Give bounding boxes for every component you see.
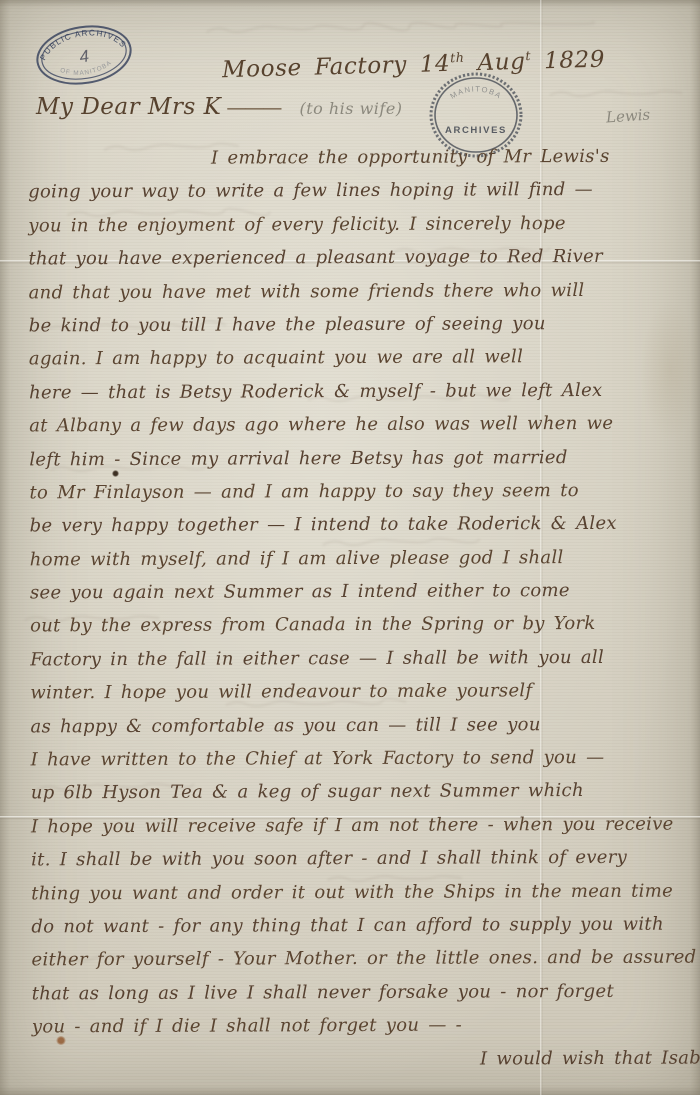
letter-line: that you have experienced a pleasant voy… (28, 240, 678, 276)
salutation: My Dear Mrs K (36, 94, 221, 120)
letter-line: up 6lb Hyson Tea & a keg of sugar next S… (31, 774, 681, 810)
letter-line: home with myself, and if I am alive plea… (30, 540, 680, 576)
letter-line: at Albany a few days ago where he also w… (29, 407, 679, 443)
pencil-note-lewis: Lewis (605, 105, 650, 126)
stamp-number: 4 (78, 46, 90, 66)
svg-text:MANITOBA: MANITOBA (448, 84, 503, 100)
letter-line: thing you want and order it out with the… (31, 874, 681, 910)
letter-line: be kind to you till I have the pleasure … (29, 307, 679, 343)
dateline-month: Aug (477, 49, 526, 76)
dateline-day: 14 (419, 51, 450, 78)
letter-line: out by the express from Canada in the Sp… (30, 607, 680, 643)
letter-line: do not want - for any thing that I can a… (31, 908, 681, 944)
letter-line: it. I shall be with you soon after - and… (31, 841, 681, 877)
letter-line: you in the enjoyment of every felicity. … (28, 206, 678, 242)
letter-page: PUBLIC ARCHIVES OF MANITOBA 4 MANITOBA A… (0, 0, 700, 1095)
letter-line: either for yourself - Your Mother. or th… (31, 941, 681, 977)
dateline-month-suffix: t (525, 48, 531, 63)
letter-line: I hope you will receive safe if I am not… (31, 807, 681, 843)
stamp-bottom-text: ARCHIVES (445, 125, 507, 136)
letter-line: going your way to write a few lines hopi… (28, 173, 678, 209)
letter-line: I embrace the opportunity of Mr Lewis's (28, 140, 678, 176)
letter-line: see you again next Summer as I intend ei… (30, 574, 680, 610)
letter-line: that as long as I live I shall never for… (32, 974, 682, 1010)
letter-line: here — that is Betsy Roderick & myself -… (29, 373, 679, 409)
letter-body: I embrace the opportunity of Mr Lewis'sg… (28, 140, 682, 1078)
dateline-place: Moose Factory (222, 52, 407, 83)
letter-line: winter. I hope you will endeavour to mak… (30, 674, 680, 710)
letter-line: I would wish that Isabella (480, 1041, 682, 1075)
letter-line: Factory in the fall in either case — I s… (30, 640, 680, 676)
stamp-arc-text: MANITOBA (448, 84, 503, 100)
salutation-row: My Dear Mrs K ——— (to his wife) (36, 94, 403, 120)
salutation-dash: ——— (226, 95, 280, 119)
letter-line: be very happy together — I intend to tak… (30, 507, 680, 543)
letter-line: I have written to the Chief at York Fact… (31, 741, 681, 777)
letter-line: as happy & comfortable as you can — till… (30, 707, 680, 743)
dateline-day-suffix: th (450, 50, 465, 65)
letter-line: and that you have met with some friends … (29, 273, 679, 309)
letter-line: again. I am happy to acquaint you we are… (29, 340, 679, 376)
letter-line: left him - Since my arrival here Betsy h… (29, 440, 679, 476)
public-archives-stamp: PUBLIC ARCHIVES OF MANITOBA 4 (26, 6, 142, 103)
dateline-year: 1829 (544, 47, 606, 75)
letter-line: to Mr Finlayson — and I am happy to say … (29, 473, 679, 509)
letter-line: you - and if I die I shall not forget yo… (32, 1008, 682, 1044)
pencil-note-to-his-wife: (to his wife) (299, 99, 402, 118)
